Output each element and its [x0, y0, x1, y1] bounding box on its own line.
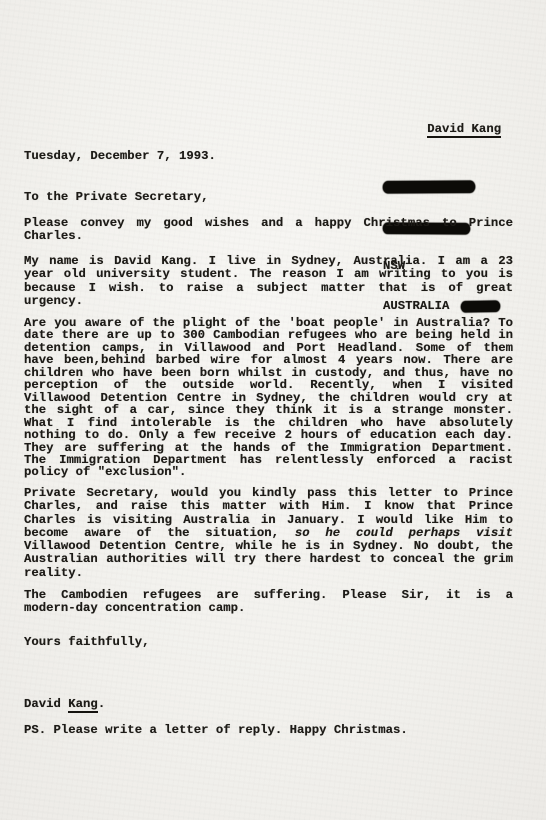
text-run: Please convey my good wishes and a happy… — [24, 216, 513, 230]
signature: David Kang. — [24, 698, 513, 711]
letter-line: because I wish. to raise a subject matte… — [24, 282, 513, 295]
date-line: Tuesday, December 7, 1993. — [24, 150, 513, 163]
sender-name: David Kang — [427, 123, 501, 138]
letter-line: urgency. — [24, 295, 513, 308]
letter-line: Australian authorities will try there ha… — [24, 553, 513, 566]
letter-line: Villawood Detention Centre, while he is … — [24, 540, 513, 553]
letter-line: modern-day concentration camp. — [24, 602, 513, 615]
letter-line: become aware of the situation, so he cou… — [24, 527, 513, 540]
salutation: To the Private Secretary, — [24, 191, 513, 204]
text-run: Charles. — [24, 229, 83, 243]
text-run: Villawood Detention Centre, while he is … — [24, 539, 513, 553]
letter-line: Charles. — [24, 230, 513, 243]
signature-first-name: David — [24, 697, 68, 711]
paragraph-4: Private Secretary, would you kindly pass… — [24, 487, 513, 580]
italic-run: so he could perhaps visit — [295, 526, 513, 540]
letter-line: Charles is visiting Australia in January… — [24, 514, 513, 527]
scanned-letter-page: David Kang NSW AUSTRALIA Tuesday, Decemb… — [0, 0, 546, 820]
text-run: Charles is visiting Australia in January… — [24, 513, 513, 527]
letter-line: year old university student. The reason … — [24, 268, 513, 281]
letter-line: Private Secretary, would you kindly pass… — [24, 487, 513, 500]
text-run: Charles, and raise this matter with Him.… — [24, 499, 513, 513]
paragraph-5: The Cambodien refugees are suffering. Pl… — [24, 589, 513, 615]
letter-line: Please convey my good wishes and a happy… — [24, 217, 513, 230]
signature-surname: Kang — [68, 697, 98, 713]
text-run: reality. — [24, 566, 83, 580]
letter-line: My name is David Kang. I live in Sydney,… — [24, 255, 513, 268]
letter-line: Charles, and raise this matter with Him.… — [24, 500, 513, 513]
postscript: PS. Please write a letter of reply. Happ… — [24, 724, 513, 737]
text-run: year old university student. The reason … — [24, 267, 513, 281]
text-run: My name is David Kang. I live in Sydney,… — [24, 254, 513, 268]
paragraph-3: Are you aware of the plight of the 'boat… — [24, 317, 513, 479]
text-run: Private Secretary, would you kindly pass… — [24, 486, 513, 500]
closing: Yours faithfully, — [24, 636, 513, 649]
text-run: Australian authorities will try there ha… — [24, 552, 513, 566]
text-run: The Cambodien refugees are suffering. Pl… — [24, 588, 513, 602]
signature-period: . — [98, 697, 105, 711]
letter-line: policy of "exclusion". — [24, 466, 513, 478]
paragraph-2: My name is David Kang. I live in Sydney,… — [24, 255, 513, 308]
text-run: policy of "exclusion". — [24, 465, 186, 479]
paragraph-1: Please convey my good wishes and a happy… — [24, 217, 513, 244]
text-run: become aware of the situation, — [24, 526, 295, 540]
letter-line: reality. — [24, 567, 513, 580]
text-run: modern-day concentration camp. — [24, 601, 245, 615]
text-run: urgency. — [24, 294, 83, 308]
text-run: because I wish. to raise a subject matte… — [24, 281, 513, 295]
